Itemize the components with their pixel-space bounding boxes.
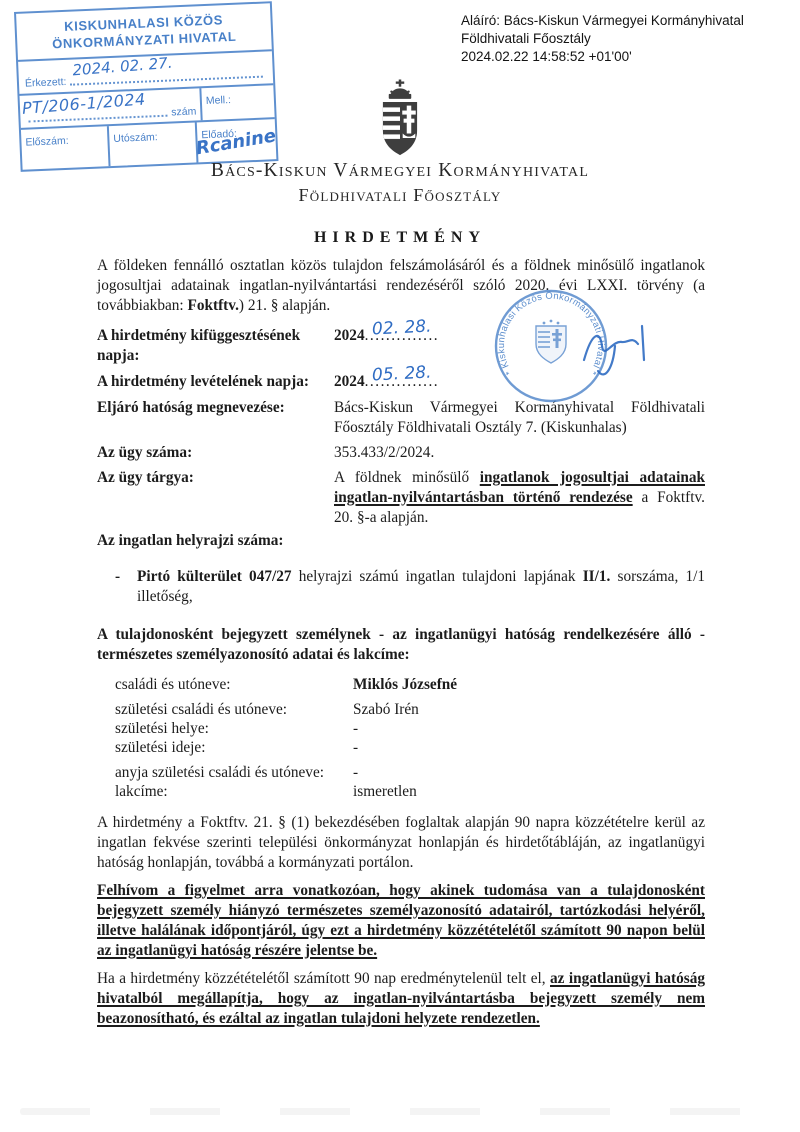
eloszam-label: Előszám: <box>25 135 69 149</box>
owner-row-mothername: anyja születési családi és utóneve: - <box>115 763 705 782</box>
owner-row-name: családi és utóneve: Miklós Józsefné <box>115 675 705 694</box>
document-body: A földeken fennálló osztatlan közös tula… <box>97 256 705 1037</box>
owner-data-table: családi és utóneve: Miklós Józsefné szül… <box>115 675 705 801</box>
owner-label: születési helye: <box>115 719 353 738</box>
org-name-line1: Bács-Kiskun Vármegyei Kormányhivatal <box>0 160 800 182</box>
case-number-handwritten: PT/206-1/2024 <box>21 89 146 117</box>
posting-date-value: 2024.............. 02. 28. <box>334 326 705 366</box>
bullet-dash: - <box>115 567 137 607</box>
org-name-line2: Földhivatali Főosztály <box>0 185 800 206</box>
parcel-label: Az ingatlan helyrajzi száma: <box>97 531 705 551</box>
document-title: HIRDETMÉNY <box>0 229 800 247</box>
notice-paragraph: Felhívom a figyelmet arra vonatkozóan, h… <box>97 881 705 961</box>
property-item-text: Pirtó külterület 047/27 helyrajzi számú … <box>137 567 705 607</box>
property-text-1: helyrajzi számú ingatlan tulajdoni lapjá… <box>292 568 583 585</box>
received-stamp: KISKUNHALASI KÖZÖS ÖNKORMÁNYZATI HIVATAL… <box>14 1 278 171</box>
case-number-label: Az ügy száma: <box>97 443 334 463</box>
owner-label: születési családi és utóneve: <box>115 700 353 719</box>
intro-paragraph: A földeken fennálló osztatlan közös tula… <box>97 256 705 316</box>
publication-paragraph: A hirdetmény a Foktftv. 21. § (1) bekezd… <box>97 813 705 873</box>
signer-line1: Aláíró: Bács-Kiskun Vármegyei Kormányhiv… <box>461 12 793 30</box>
subject-row: Az ügy tárgya: A földnek minősülő ingatl… <box>97 468 705 528</box>
szam-label: szám <box>171 105 197 118</box>
owner-label: anyja születési családi és utóneve: <box>115 763 353 782</box>
owner-label: lakcíme: <box>115 782 353 801</box>
scan-artifact <box>20 1108 778 1115</box>
scanned-document-page: KISKUNHALASI KÖZÖS ÖNKORMÁNYZATI HIVATAL… <box>0 0 800 1132</box>
property-parcel-id: Pirtó külterület 047/27 <box>137 568 292 585</box>
erkezett-handwritten-date: 2024. 02. 27. <box>72 53 173 79</box>
owner-value: Miklós Józsefné <box>353 675 705 694</box>
subject-prefix: A földnek minősülő <box>334 469 480 486</box>
erkezett-label: Érkezett: <box>25 76 67 90</box>
authority-label: Eljáró hatóság megnevezése: <box>97 398 334 438</box>
utoszam-label: Utószám: <box>113 131 158 145</box>
removal-date-label: A hirdetmény levételének napja: <box>97 372 334 392</box>
property-serial: II/1. <box>583 568 611 585</box>
digital-signature-block: Aláíró: Bács-Kiskun Vármegyei Kormányhiv… <box>461 12 793 65</box>
consequence-prefix: Ha a hirdetmény közzétételétől számított… <box>97 970 550 987</box>
eloado-cell: Előadó: Rcanine <box>195 119 277 162</box>
intro-text-2: ) 21. § alapján. <box>239 297 330 314</box>
signer-timestamp: 2024.02.22 14:58:52 +01'00' <box>461 48 793 66</box>
posting-date-handwritten: 02. 28. <box>372 316 432 339</box>
property-item: - Pirtó külterület 047/27 helyrajzi szám… <box>115 567 705 607</box>
case-number-value: 353.433/2/2024. <box>334 443 705 463</box>
consequence-paragraph: Ha a hirdetmény közzétételétől számított… <box>97 969 705 1029</box>
posting-date-year: 2024 <box>334 327 365 344</box>
case-number-row: Az ügy száma: 353.433/2/2024. <box>97 443 705 463</box>
owner-value: ismeretlen <box>353 782 705 801</box>
owner-value: Szabó Irén <box>353 700 705 719</box>
owner-value: - <box>353 719 705 738</box>
owner-row-address: lakcíme: ismeretlen <box>115 782 705 801</box>
owner-row-birthplace: születési helye: - <box>115 719 705 738</box>
removal-date-handwritten: 05. 28. <box>372 362 432 385</box>
owner-value: - <box>353 763 705 782</box>
hungary-coat-of-arms-icon <box>373 78 427 162</box>
mell-label: Mell.: <box>206 94 232 107</box>
subject-label: Az ügy tárgya: <box>97 468 334 528</box>
owner-row-birthdate: születési ideje: - <box>115 738 705 757</box>
owner-section-heading: A tulajdonosként bejegyzett személynek -… <box>97 625 705 665</box>
parcel-row: Az ingatlan helyrajzi száma: <box>97 531 705 551</box>
signer-line2: Földhivatali Főosztály <box>461 30 793 48</box>
posting-date-row: A hirdetmény kifüggesztésének napja: 202… <box>97 326 705 366</box>
mell-cell: Mell.: <box>199 85 274 120</box>
intro-foktftv: Foktftv. <box>187 297 238 314</box>
owner-label: születési ideje: <box>115 738 353 757</box>
authority-row: Eljáró hatóság megnevezése: Bács-Kiskun … <box>97 398 705 438</box>
owner-row-birthname: születési családi és utóneve: Szabó Irén <box>115 700 705 719</box>
removal-date-row: A hirdetmény levételének napja: 2024....… <box>97 372 705 392</box>
owner-label: családi és utóneve: <box>115 675 353 694</box>
removal-date-year: 2024 <box>334 373 365 390</box>
posting-date-label: A hirdetmény kifüggesztésének napja: <box>97 326 334 366</box>
subject-value: A földnek minősülő ingatlanok jogosultja… <box>334 468 705 528</box>
owner-value: - <box>353 738 705 757</box>
authority-value: Bács-Kiskun Vármegyei Kormányhivatal Föl… <box>334 398 705 438</box>
removal-date-value: 2024.............. 05. 28. <box>334 372 705 392</box>
